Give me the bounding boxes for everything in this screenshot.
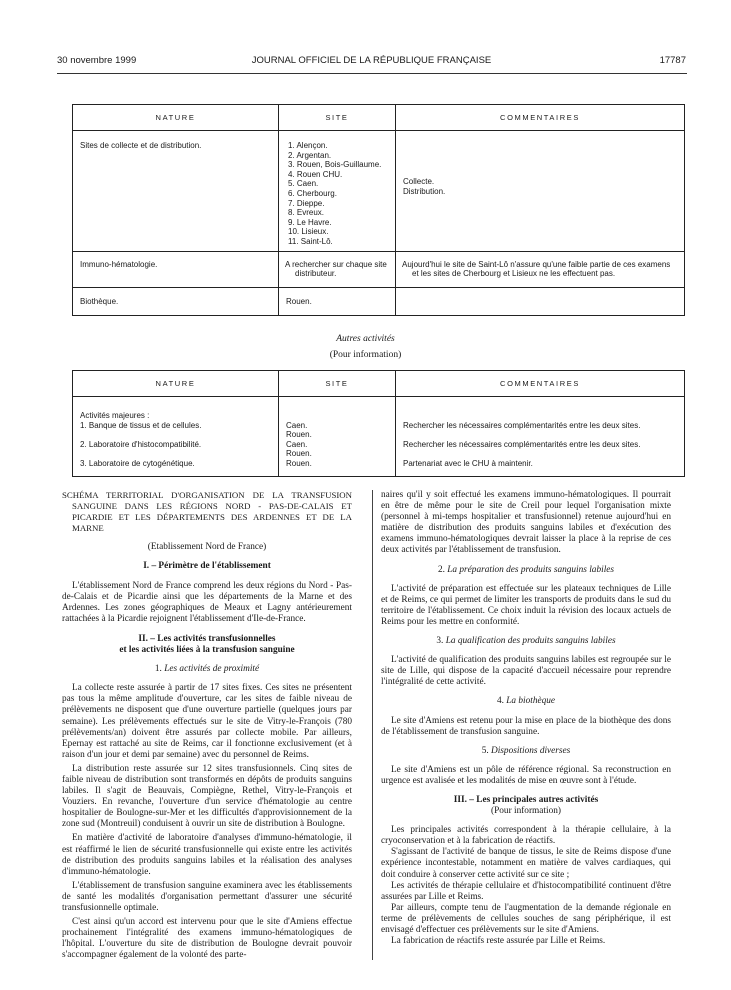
header-rule xyxy=(57,73,687,74)
section-heading-3: III. – Les principales autres activités xyxy=(381,795,671,806)
cell-comment: Aujourd'hui le site de Saint-Lô n'assure… xyxy=(396,251,685,287)
list-item: 8. Evreux. xyxy=(286,208,389,218)
table-row: Sites de collecte et de distribution. 1.… xyxy=(73,131,685,252)
paragraph: La fabrication de réactifs reste assurée… xyxy=(381,936,671,947)
paragraph: C'est ainsi qu'un accord est intervenu p… xyxy=(62,917,352,961)
subsection-title: La préparation des produits sanguins lab… xyxy=(447,565,614,575)
subsection-number: 1. xyxy=(155,664,162,674)
paragraph: La collecte reste assurée à partir de 17… xyxy=(62,683,352,761)
table-row: Biothèque. Rouen. xyxy=(73,287,685,315)
table-header-row: NATURE SITE COMMENTAIRES xyxy=(73,105,685,131)
paragraph: Les activités de thérapie cellulaire et … xyxy=(381,881,671,903)
subsection-title: La biothèque xyxy=(506,696,555,706)
table-row: Immuno-hématologie. A rechercher sur cha… xyxy=(73,251,685,287)
site-item: Rouen. xyxy=(286,430,389,440)
section-heading-1: I. – Périmètre de l'établissement xyxy=(62,561,352,572)
list-item: 7. Dieppe. xyxy=(286,199,389,209)
cell-site: Rouen. xyxy=(279,287,396,315)
col-header-commentaires: COMMENTAIRES xyxy=(396,105,685,131)
comment-item: Rechercher les nécessaires complémentari… xyxy=(403,421,678,431)
paragraph: L'activité de qualification des produits… xyxy=(381,655,671,688)
caption-pour-information: (Pour information) xyxy=(0,350,731,360)
nature-item: 2. Laboratoire d'histocompatibilité. xyxy=(80,440,272,450)
page-header: 30 novembre 1999 JOURNAL OFFICIEL DE LA … xyxy=(57,55,686,69)
document-title: SCHÉMA TERRITORIAL D'ORGANISATION DE LA … xyxy=(62,490,352,534)
col-header-site: SITE xyxy=(279,105,396,131)
paragraph: La distribution reste assurée sur 12 sit… xyxy=(62,764,352,831)
list-item: 6. Cherbourg. xyxy=(286,189,389,199)
comment-line: Distribution. xyxy=(403,187,678,197)
cell-nature: Immuno-hématologie. xyxy=(73,251,279,287)
cell-site: A rechercher sur chaque site distributeu… xyxy=(279,251,396,287)
list-item: 9. Le Havre. xyxy=(286,218,389,228)
header-title: JOURNAL OFFICIEL DE LA RÉPUBLIQUE FRANÇA… xyxy=(57,55,686,66)
site-item: Caen. xyxy=(286,440,389,450)
caption-autres-activites: Autres activités xyxy=(0,334,731,344)
paragraph: Le site d'Amiens est retenu pour la mise… xyxy=(381,716,671,738)
sites-table: NATURE SITE COMMENTAIRES Sites de collec… xyxy=(72,104,685,316)
col-header-site: SITE xyxy=(279,371,396,397)
comment-item: Rechercher les nécessaires complémentari… xyxy=(403,440,678,450)
right-column: naires qu'il y soit effectué les examens… xyxy=(381,490,671,947)
header-page-number: 17787 xyxy=(660,55,686,66)
cell-nature: Biothèque. xyxy=(73,287,279,315)
subsection-number: 2. xyxy=(438,565,445,575)
column-divider xyxy=(372,490,373,960)
paragraph: Les principales activités correspondent … xyxy=(381,825,671,847)
left-column: SCHÉMA TERRITORIAL D'ORGANISATION DE LA … xyxy=(62,490,352,961)
cell-nature: Sites de collecte et de distribution. xyxy=(73,131,279,252)
cell-comment: Rechercher les nécessaires complémentari… xyxy=(396,397,685,477)
document-subtitle: (Etablissement Nord de France) xyxy=(62,542,352,553)
list-item: 10. Lisieux. xyxy=(286,227,389,237)
site-item: Caen. xyxy=(286,421,389,431)
subsection-number: 4. xyxy=(497,696,504,706)
table-header-row: NATURE SITE COMMENTAIRES xyxy=(73,371,685,397)
site-item: Rouen. xyxy=(286,459,389,469)
paragraph: L'établissement de transfusion sanguine … xyxy=(62,881,352,914)
subsection-heading-1: 1. Les activités de proximité xyxy=(62,664,352,675)
subsection-heading-2: 2. La préparation des produits sanguins … xyxy=(381,565,671,576)
subsection-number: 3. xyxy=(436,636,443,646)
table-row: Activités majeures : 1. Banque de tissus… xyxy=(73,397,685,477)
list-item: 4. Rouen CHU. xyxy=(286,170,389,180)
paragraph: Le site d'Amiens est un pôle de référenc… xyxy=(381,765,671,787)
list-item: 11. Saint-Lô. xyxy=(286,237,389,247)
comment-item: Partenariat avec le CHU à maintenir. xyxy=(403,459,678,469)
paragraph: L'activité de préparation est effectuée … xyxy=(381,584,671,628)
paragraph: naires qu'il y soit effectué les examens… xyxy=(381,490,671,557)
paragraph: Par ailleurs, compte tenu de l'augmentat… xyxy=(381,903,671,936)
site-item: Rouen. xyxy=(286,449,389,459)
section-heading-2-line2: et les activités liées à la transfusion … xyxy=(62,645,352,656)
subsection-title: Les activités de proximité xyxy=(164,664,259,674)
section-heading-3-sub: (Pour information) xyxy=(381,806,671,817)
subsection-number: 5. xyxy=(482,746,489,756)
nature-item: 3. Laboratoire de cytogénétique. xyxy=(80,459,272,469)
autres-activites-table: NATURE SITE COMMENTAIRES Activités majeu… xyxy=(72,370,685,477)
subsection-heading-5: 5. Dispositions diverses xyxy=(381,746,671,757)
list-item: 5. Caen. xyxy=(286,179,389,189)
col-header-nature: NATURE xyxy=(73,105,279,131)
col-header-nature: NATURE xyxy=(73,371,279,397)
list-item: 2. Argentan. xyxy=(286,151,389,161)
cell-site: Caen. Rouen. Caen. Rouen. Rouen. xyxy=(279,397,396,477)
paragraph: L'établissement Nord de France comprend … xyxy=(62,581,352,625)
comment-line: Collecte. xyxy=(403,177,678,187)
cell-comment xyxy=(396,287,685,315)
subsection-heading-3: 3. La qualification des produits sanguin… xyxy=(381,636,671,647)
cell-site: 1. Alençon. 2. Argentan. 3. Rouen, Bois-… xyxy=(279,131,396,252)
nature-item: 1. Banque de tissus et de cellules. xyxy=(80,421,272,431)
site-list: 1. Alençon. 2. Argentan. 3. Rouen, Bois-… xyxy=(286,141,389,247)
subsection-title: Dispositions diverses xyxy=(491,746,570,756)
intro-label: Activités majeures : xyxy=(80,411,272,421)
paragraph: En matière d'activité de laboratoire d'a… xyxy=(62,833,352,877)
cell-comment: Collecte. Distribution. xyxy=(396,131,685,252)
list-item: 3. Rouen, Bois-Guillaume. xyxy=(286,160,389,170)
cell-nature: Activités majeures : 1. Banque de tissus… xyxy=(73,397,279,477)
section-heading-2-line1: II. – Les activités transfusionnelles xyxy=(62,634,352,645)
list-item: 1. Alençon. xyxy=(286,141,389,151)
paragraph: S'agissant de l'activité de banque de ti… xyxy=(381,847,671,880)
subsection-heading-4: 4. La biothèque xyxy=(381,696,671,707)
subsection-title: La qualification des produits sanguins l… xyxy=(446,636,616,646)
col-header-commentaires: COMMENTAIRES xyxy=(396,371,685,397)
